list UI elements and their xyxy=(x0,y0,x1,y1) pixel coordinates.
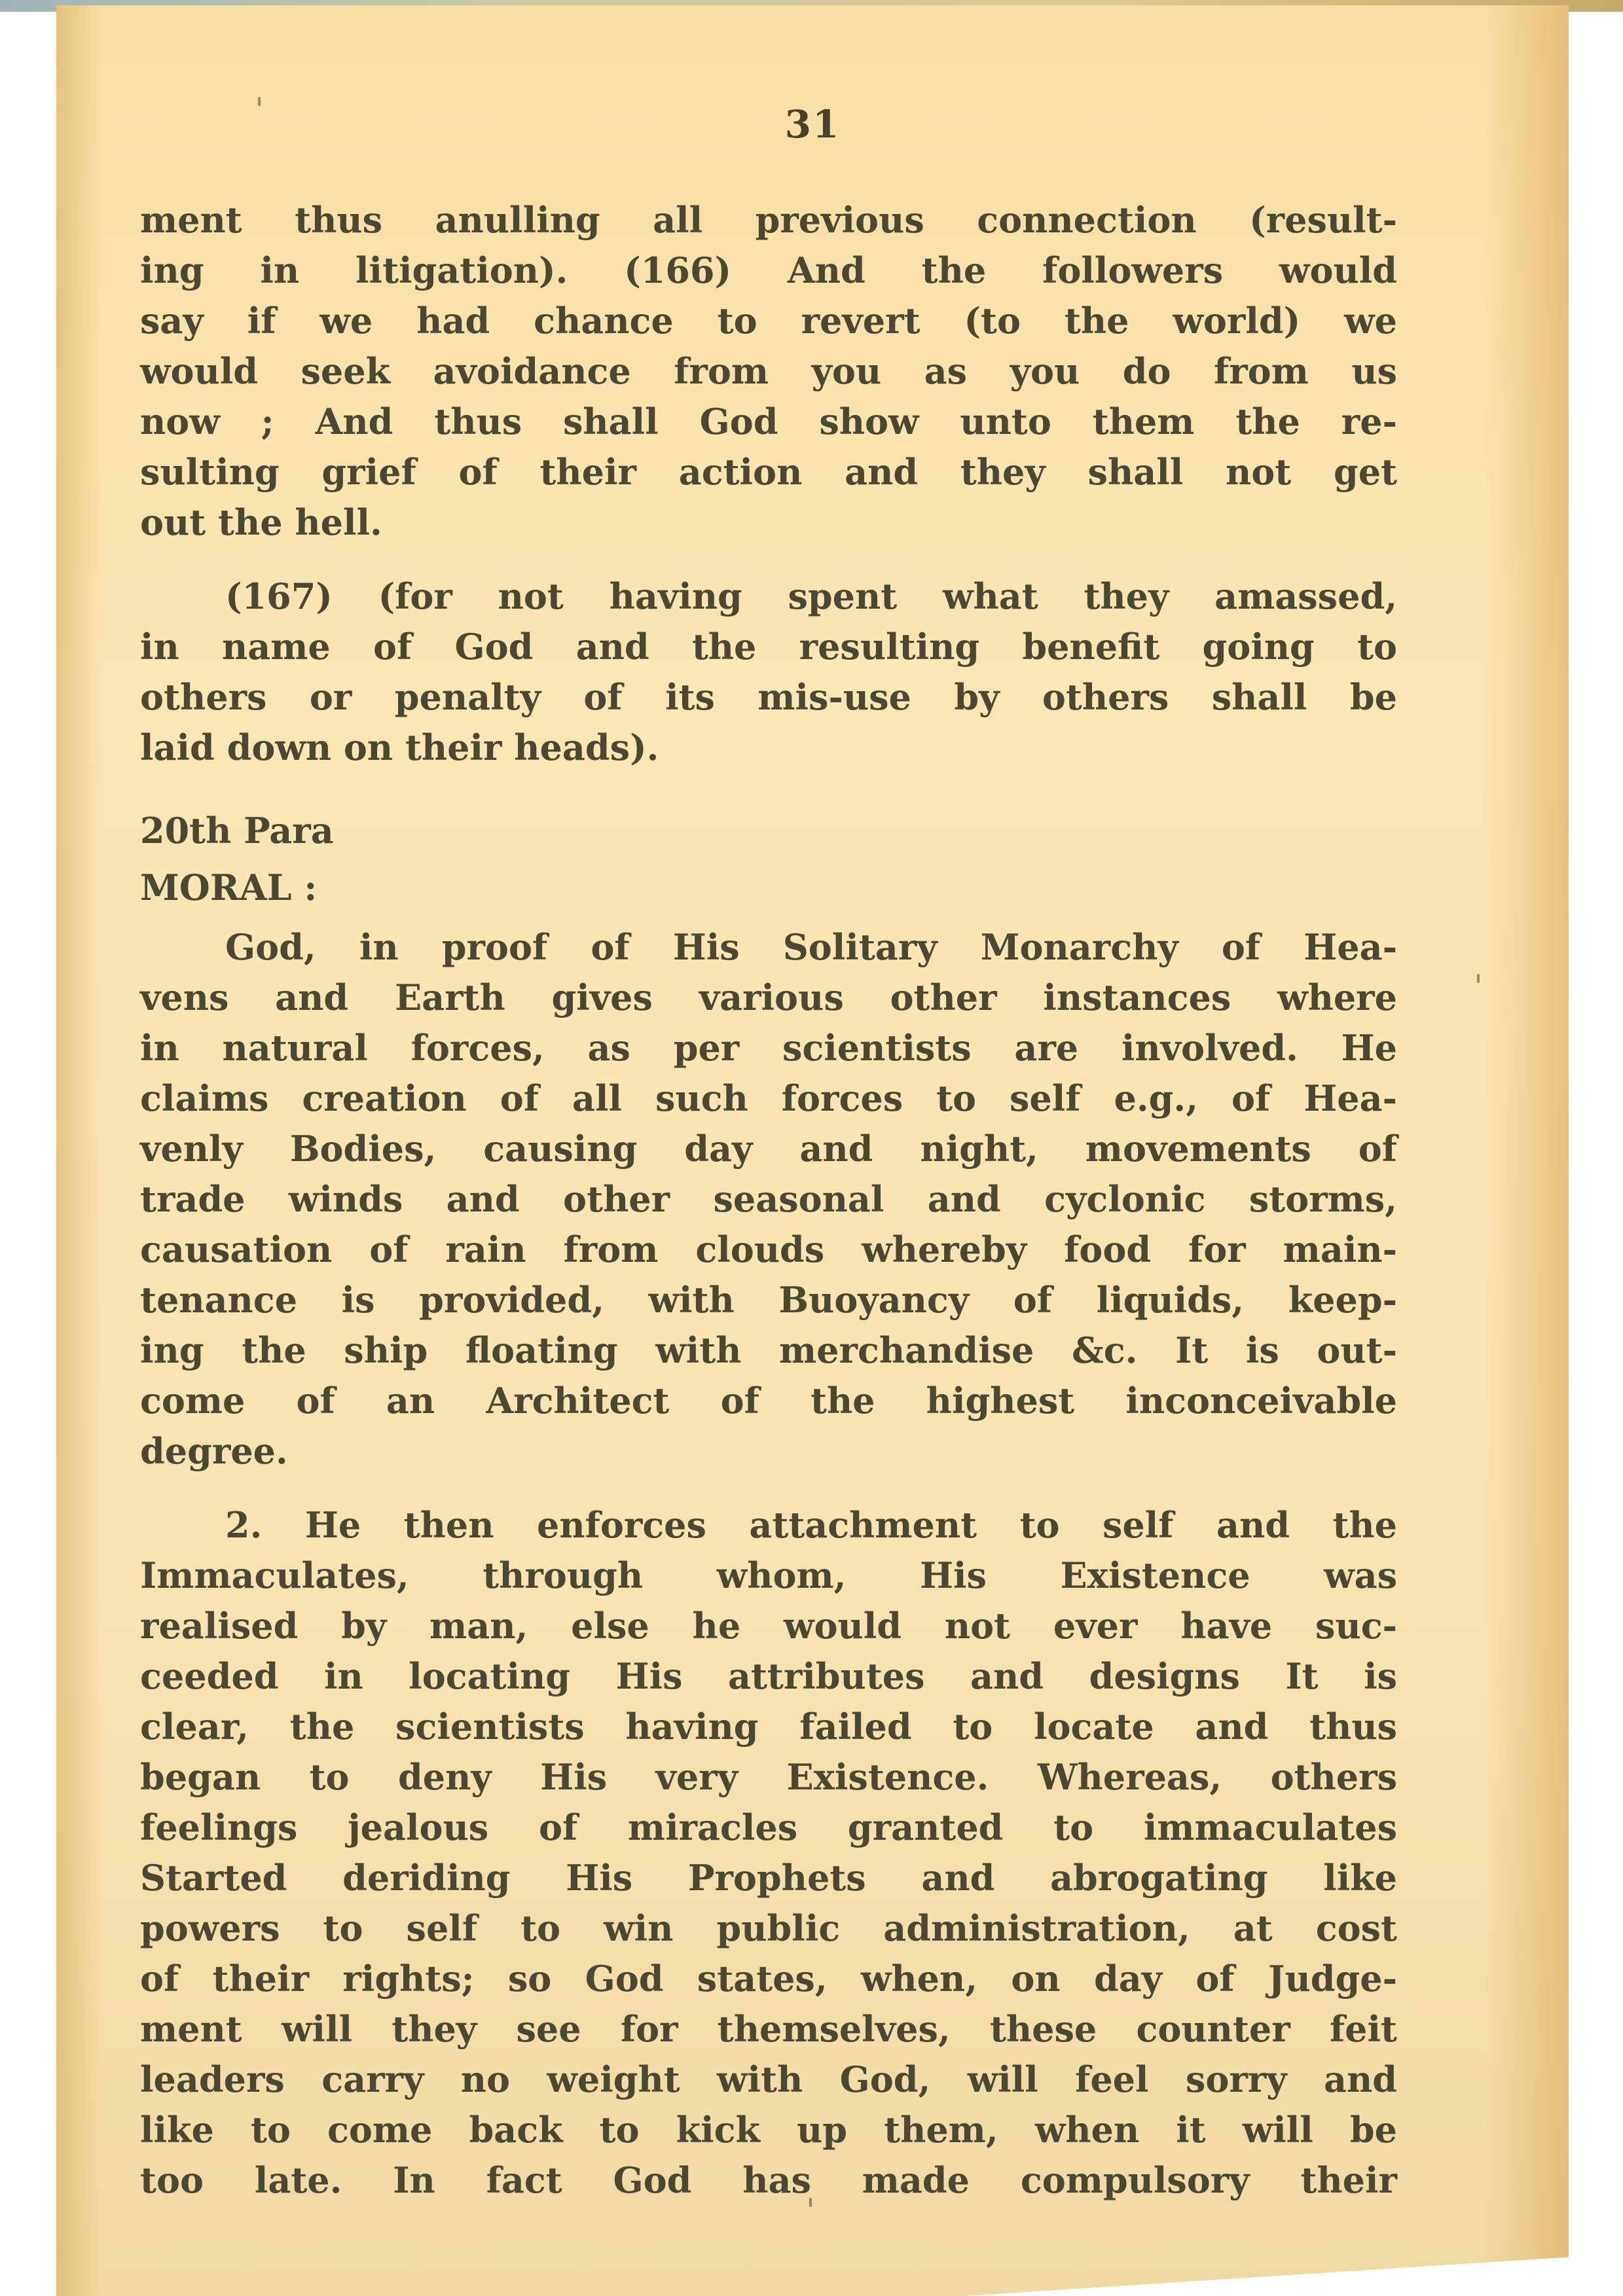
text-line: 2. He then enforces attachment to self a… xyxy=(140,1500,1397,1551)
text-line: ing the ship floating with merchandise &… xyxy=(140,1325,1397,1376)
text-line: vens and Earth gives various other insta… xyxy=(140,973,1397,1023)
text-line: in name of God and the resulting benefit… xyxy=(140,622,1397,672)
spacer xyxy=(140,856,1397,863)
paragraph-continuation-166: ment thus anulling all previous connecti… xyxy=(140,195,1397,548)
text-line: tenance is provided, with Buoyancy of li… xyxy=(140,1275,1397,1325)
text-line: degree. xyxy=(140,1426,1397,1477)
text-line: like to come back to kick up them, when … xyxy=(140,2105,1397,2155)
paragraph-167: (167) (for not having spent what they am… xyxy=(140,571,1397,773)
moral-heading: MORAL : xyxy=(140,863,1397,913)
spacer xyxy=(140,773,1397,806)
paper-speck xyxy=(809,2198,812,2207)
text-line: trade winds and other seasonal and cyclo… xyxy=(140,1174,1397,1225)
text-line: Immaculates, through whom, His Existence… xyxy=(140,1551,1397,1601)
text-line: now ; And thus shall God show unto them … xyxy=(140,397,1397,447)
paragraph-moral-1: God, in proof of His Solitary Monarchy o… xyxy=(140,922,1397,1477)
text-line: others or penalty of its mis-use by othe… xyxy=(140,672,1397,723)
text-line: too late. In fact God has made compulsor… xyxy=(140,2155,1397,2206)
text-line: ing in litigation). (166) And the follow… xyxy=(140,245,1397,296)
text-line: out the hell. xyxy=(140,497,1397,548)
text-line: ceeded in locating His attributes and de… xyxy=(140,1651,1397,1702)
text-line: clear, the scientists having failed to l… xyxy=(140,1702,1397,1752)
text-line: come of an Architect of the highest inco… xyxy=(140,1376,1397,1426)
spacer xyxy=(140,548,1397,571)
text-line: God, in proof of His Solitary Monarchy o… xyxy=(140,922,1397,973)
text-line: of their rights; so God states, when, on… xyxy=(140,1954,1397,2004)
text-line: ment will they see for themselves, these… xyxy=(140,2004,1397,2054)
book-page: 31 ment thus anulling all previous conne… xyxy=(56,5,1569,2296)
text-line: ment thus anulling all previous connecti… xyxy=(140,195,1397,245)
text-line: in natural forces, as per scientists are… xyxy=(140,1023,1397,1073)
text-line: say if we had chance to revert (to the w… xyxy=(140,296,1397,346)
text-line: would seek avoidance from you as you do … xyxy=(140,346,1397,397)
text-line: venly Bodies, causing day and night, mov… xyxy=(140,1124,1397,1174)
text-line: (167) (for not having spent what they am… xyxy=(140,571,1397,622)
text-line: sulting grief of their action and they s… xyxy=(140,447,1397,497)
text-line: Started deriding His Prophets and abroga… xyxy=(140,1853,1397,1903)
text-line: claims creation of all such forces to se… xyxy=(140,1073,1397,1124)
text-line: powers to self to win public administrat… xyxy=(140,1903,1397,1954)
paper-speck xyxy=(258,97,261,106)
text-line: causation of rain from clouds whereby fo… xyxy=(140,1225,1397,1275)
spacer xyxy=(140,1477,1397,1500)
paper-speck xyxy=(1477,974,1480,983)
para-label-heading: 20th Para xyxy=(140,806,1397,856)
page-content: ment thus anulling all previous connecti… xyxy=(140,195,1397,2206)
spacer xyxy=(140,913,1397,922)
text-line: feelings jealous of miracles granted to … xyxy=(140,1803,1397,1853)
paragraph-moral-2: 2. He then enforces attachment to self a… xyxy=(140,1500,1397,2206)
text-line: laid down on their heads). xyxy=(140,723,1397,773)
page-number: 31 xyxy=(56,102,1569,147)
text-line: realised by man, else he would not ever … xyxy=(140,1601,1397,1651)
text-line: began to deny His very Existence. Wherea… xyxy=(140,1752,1397,1803)
text-line: leaders carry no weight with God, will f… xyxy=(140,2054,1397,2105)
